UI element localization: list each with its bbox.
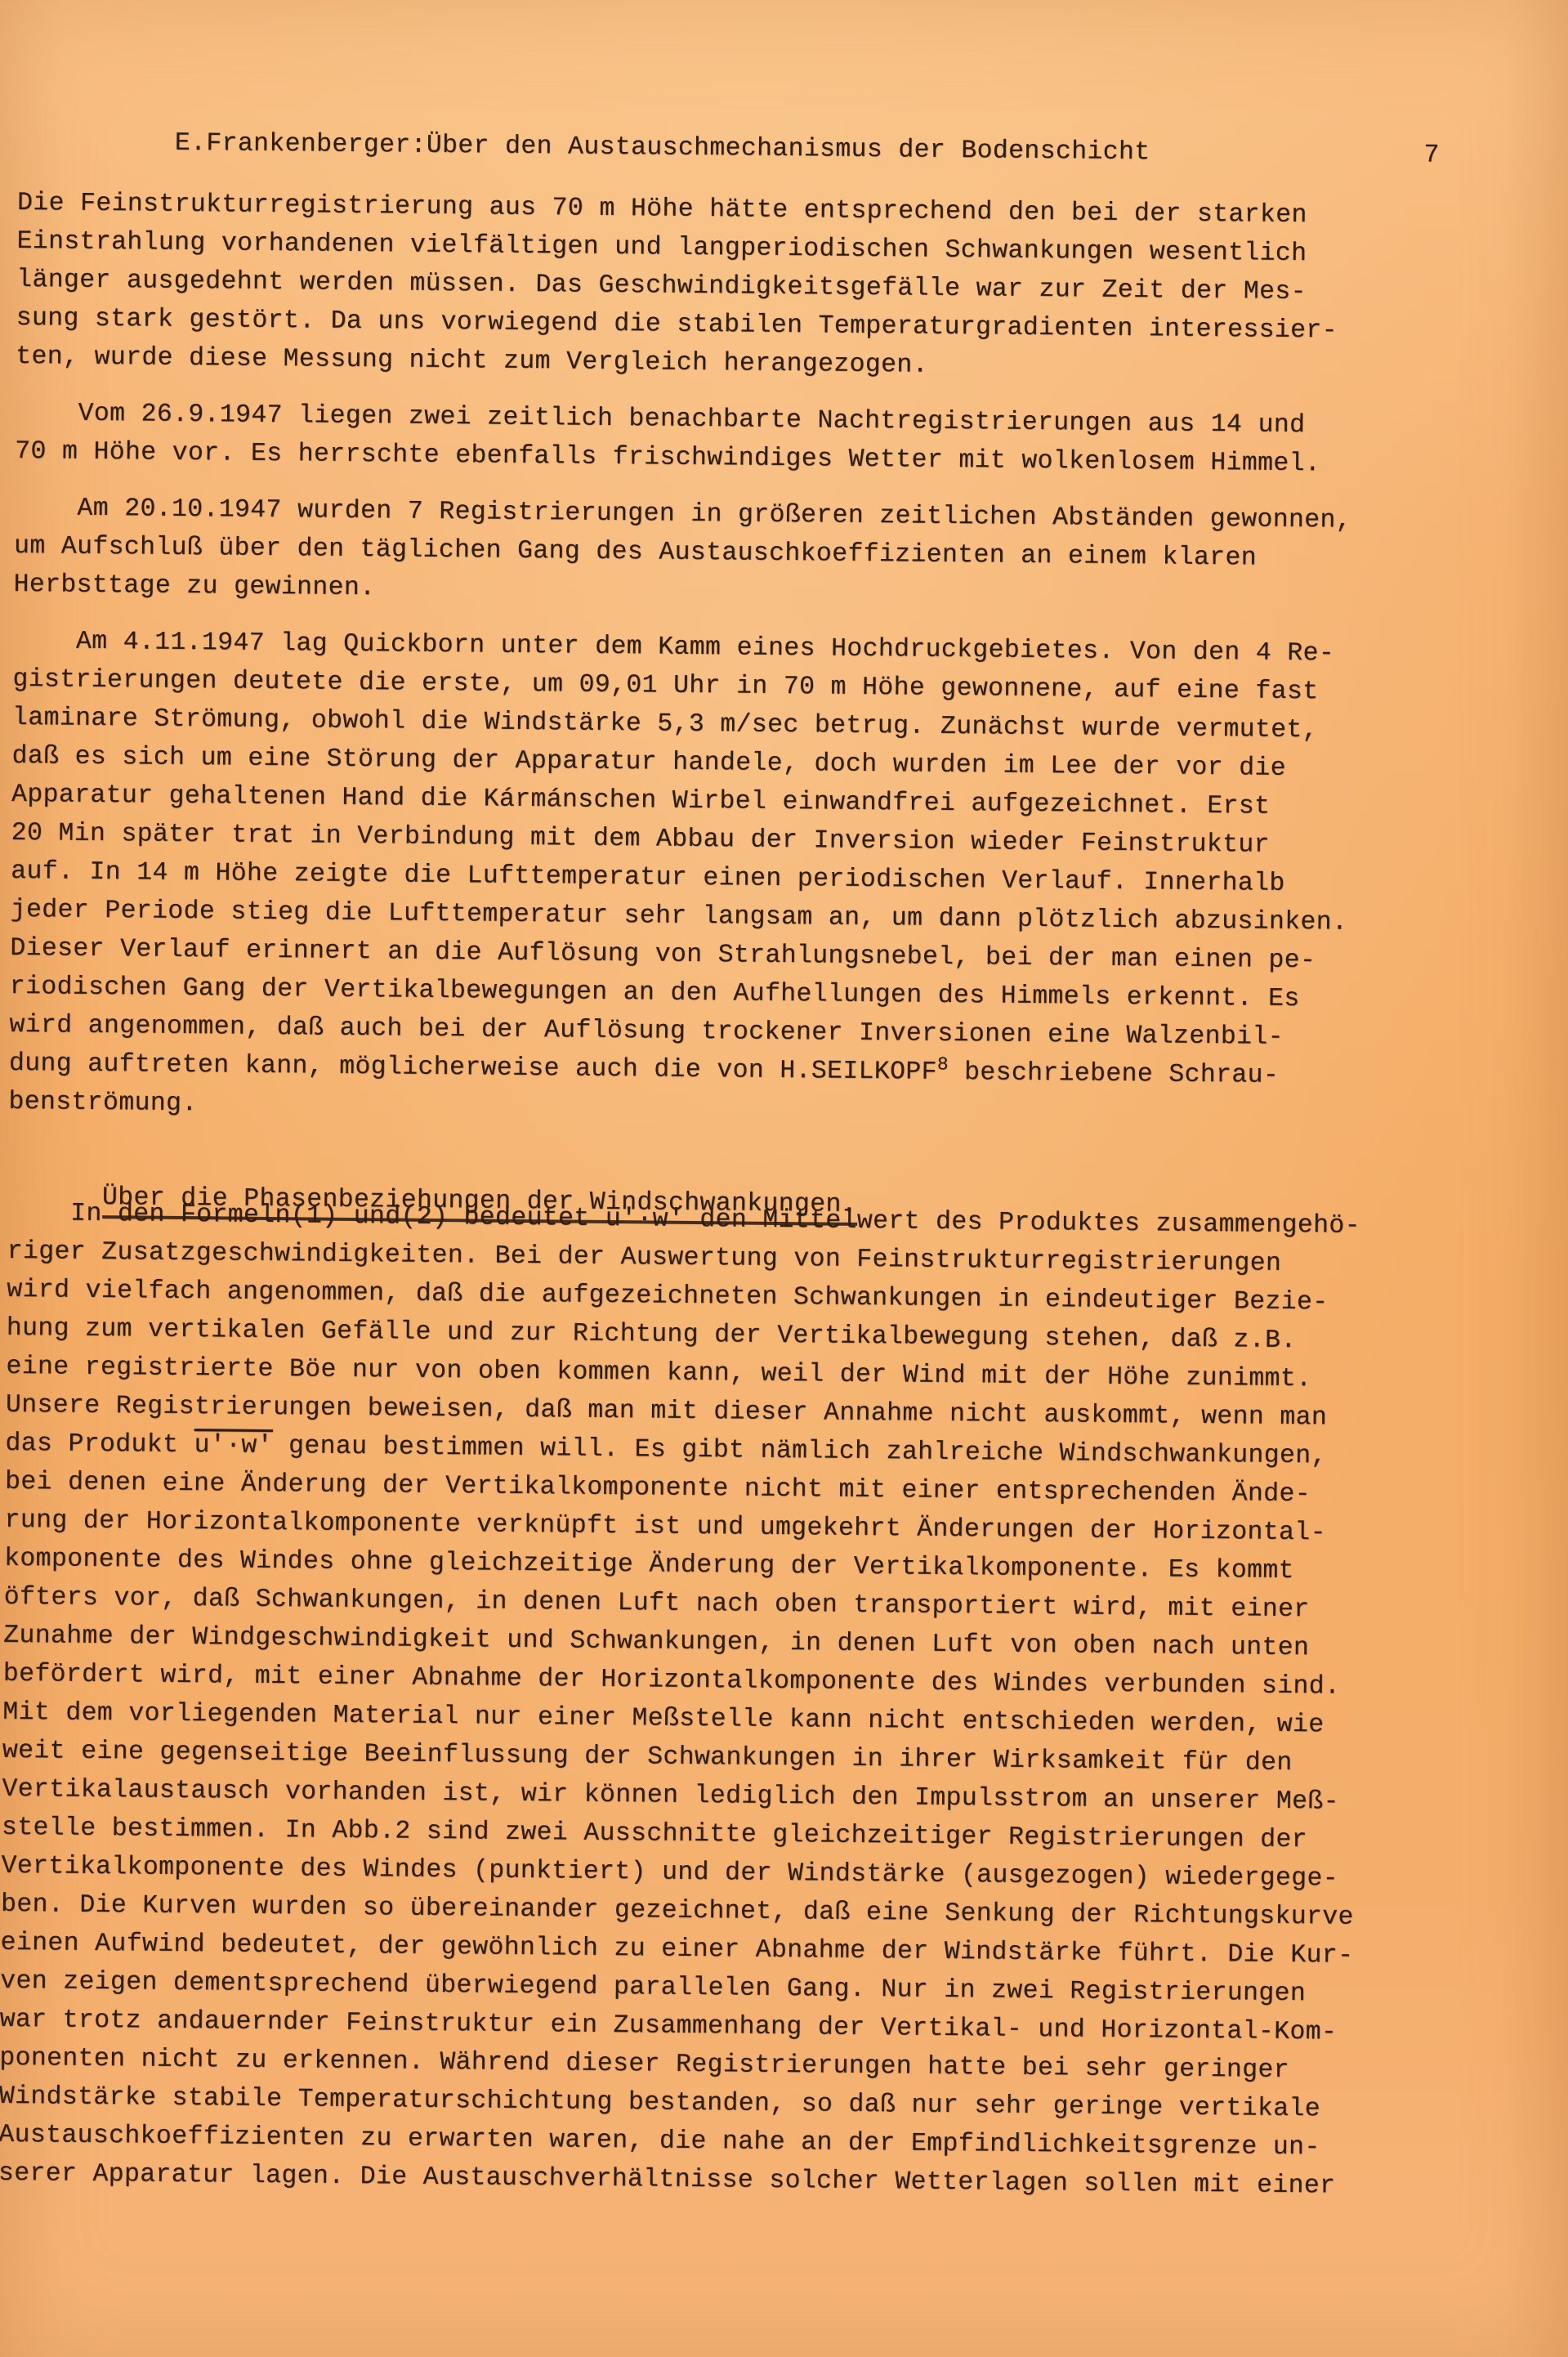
running-title: E.Frankenberger:Über den Austauschmechan…: [175, 124, 1150, 172]
text-run: dung auftreten kann, möglicherweise auch…: [9, 1049, 937, 1087]
document-page: E.Frankenberger:Über den Austauschmechan…: [0, 0, 1568, 2357]
page-number: 7: [1423, 136, 1440, 175]
page-content: E.Frankenberger:Über den Austauschmechan…: [0, 123, 1554, 2207]
text-run: beschriebene Schrau-: [949, 1058, 1280, 1090]
page-header: E.Frankenberger:Über den Austauschmechan…: [18, 123, 1554, 176]
paragraph-5: In den Formeln(1) und(2) bedeutet u'·w' …: [0, 1194, 1543, 2207]
paragraph-3: Am 20.10.1947 wurden 7 Registrierungen i…: [13, 489, 1550, 619]
paragraph-2: Vom 26.9.1947 liegen zwei zeitlich benac…: [15, 394, 1552, 485]
footnote-reference: 8: [937, 1053, 949, 1075]
paragraph-4: Am 4.11.1947 lag Quickborn unter dem Kam…: [8, 622, 1549, 1136]
mean-product-term: u'·w': [194, 1431, 273, 1460]
section-heading: Über die Phasenbeziehungen der Windschwa…: [8, 1139, 1544, 1192]
paragraph-1: Die Feinstrukturregistrierung aus 70 m H…: [16, 184, 1553, 391]
text-run: das Produkt: [5, 1429, 194, 1460]
text-run: genau bestimmen will. Es gibt nämlich za…: [273, 1432, 1327, 1470]
